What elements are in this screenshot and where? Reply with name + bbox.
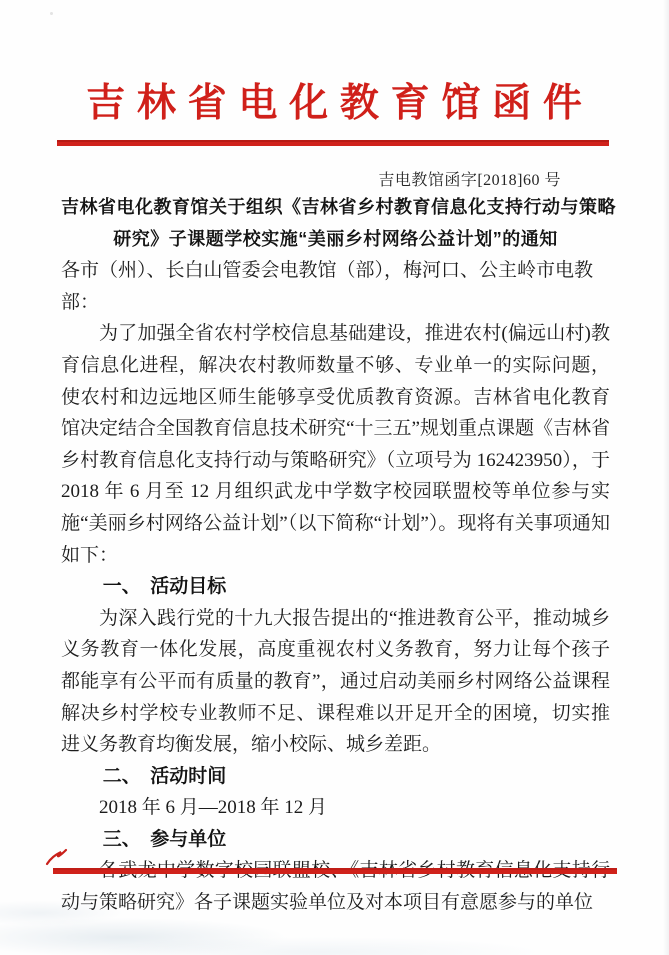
section-3-body: 各武龙中学数字校园联盟校、《吉林省乡村教育信息化支持行动与策略研究》各子课题实验… <box>61 855 610 918</box>
scan-speck <box>400 717 403 720</box>
scan-speck <box>50 12 53 15</box>
letterhead-rule <box>57 140 609 146</box>
scan-speck <box>350 719 352 721</box>
section-2-body: 2018 年 6 月—2018 年 12 月 <box>61 792 610 824</box>
section-2-heading: 二、 活动时间 <box>61 761 610 793</box>
intro-paragraph: 为了加强全省农村学校信息基础建设，推进农村(偏远山村)教育信息化进程，解决农村教… <box>61 318 610 571</box>
section-1-heading: 一、 活动目标 <box>61 571 610 603</box>
salutation: 各市（州）、长白山管委会电教馆（部），梅河口、公主岭市电教部： <box>61 255 610 318</box>
notice-content: 吉林省电化教育馆关于组织《吉林省乡村教育信息化支持行动与策略 研究》子课题学校实… <box>61 192 610 919</box>
red-scribble-mark <box>44 846 70 870</box>
letterhead-title: 吉 林 省 电 化 教 育 馆 函 件 <box>0 72 669 128</box>
notice-title: 吉林省电化教育馆关于组织《吉林省乡村教育信息化支持行动与策略 研究》子课题学校实… <box>61 192 610 255</box>
section-1-body: 为深入践行党的十九大报告提出的“推进教育公平，推动城乡义务教育一体化发展，高度重… <box>61 603 610 761</box>
notice-title-line1: 吉林省电化教育馆关于组织《吉林省乡村教育信息化支持行动与策略 <box>61 192 610 224</box>
document-page: 吉 林 省 电 化 教 育 馆 函 件 吉电教馆函字[2018]60 号 吉林省… <box>0 0 669 955</box>
doc-number: 吉电教馆函字[2018]60 号 <box>378 167 561 190</box>
section-3-heading: 三、 参与单位 <box>61 824 610 856</box>
scan-edge-shadow <box>663 0 669 955</box>
notice-title-line2: 研究》子课题学校实施“美丽乡村网络公益计划”的通知 <box>61 224 610 256</box>
footer-rule <box>53 868 617 874</box>
